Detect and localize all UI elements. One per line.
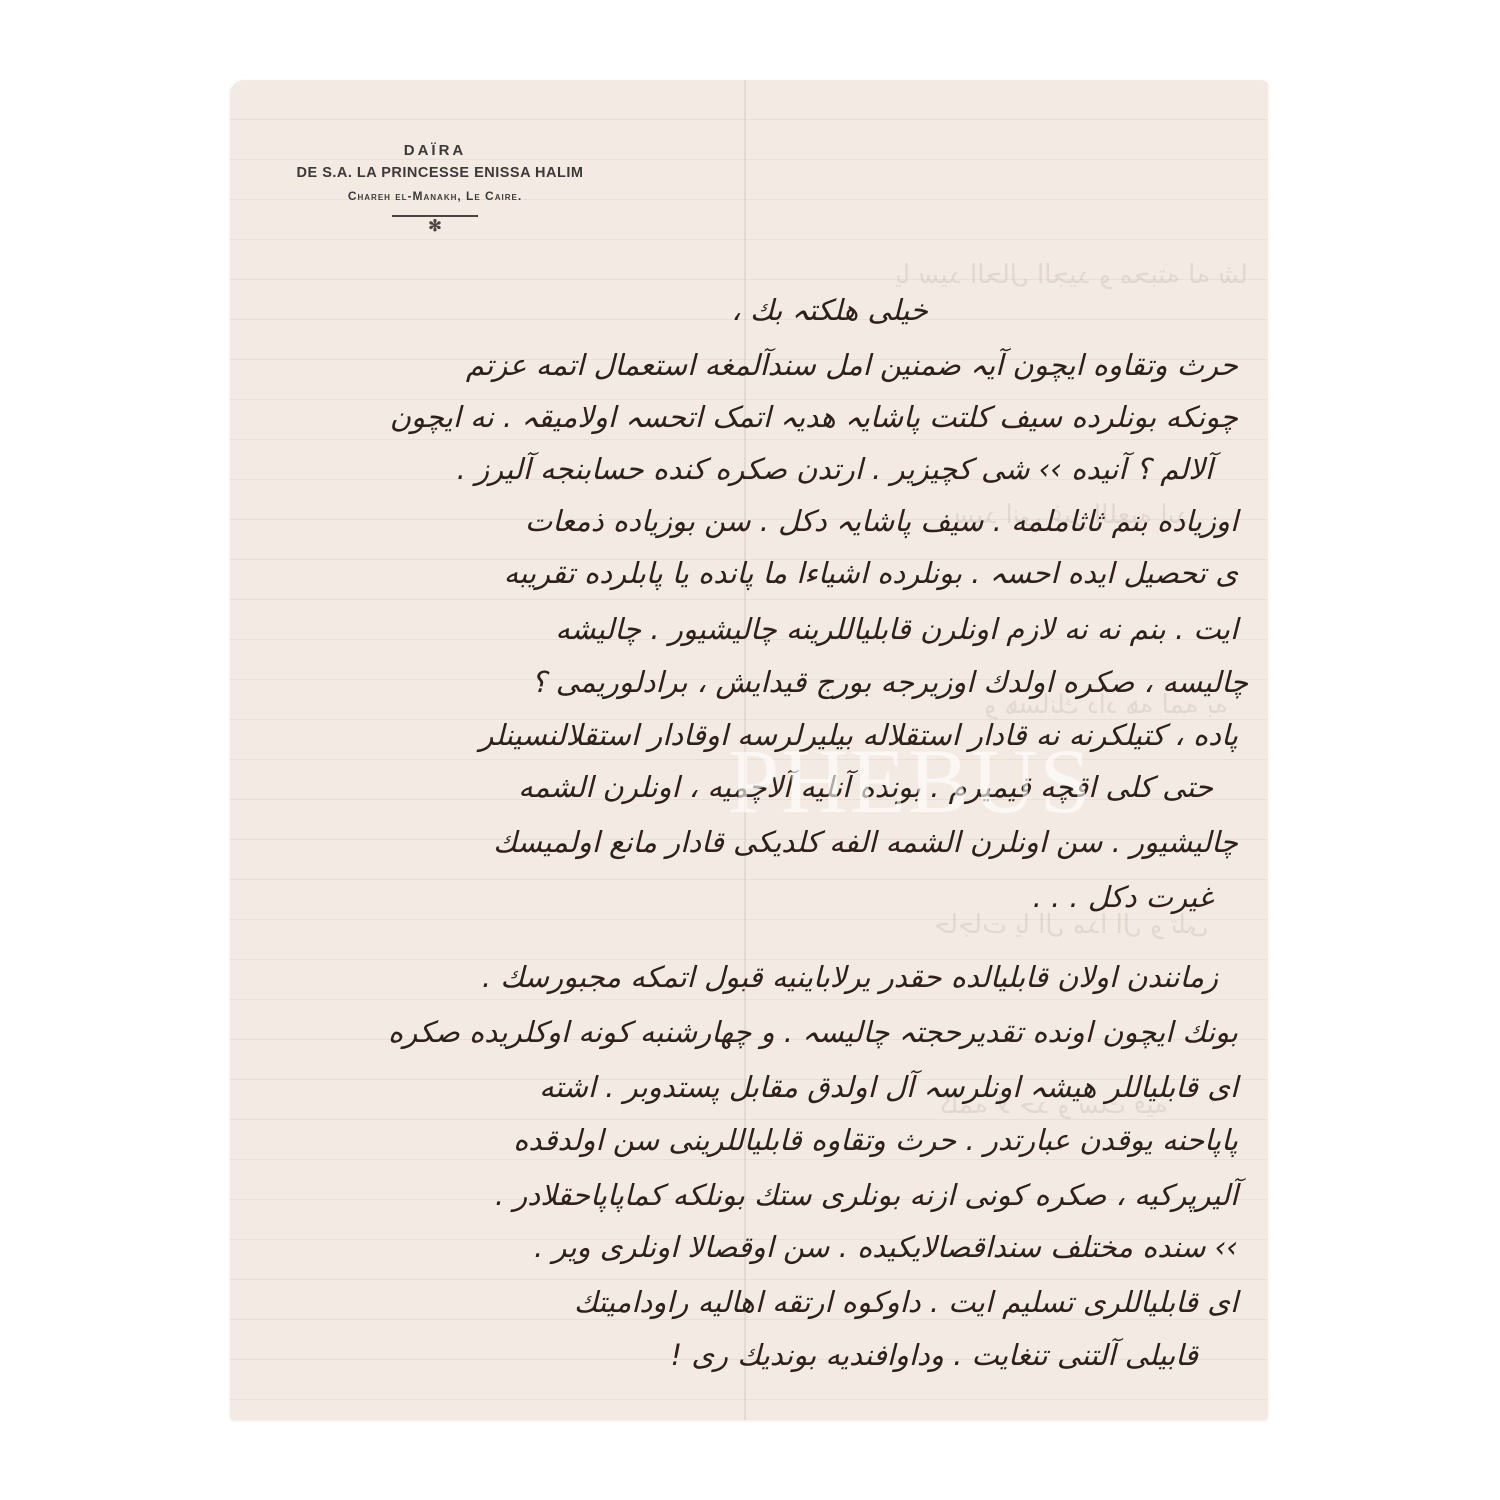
handwritten-line: پاپاحنه یوقدن عبارتدر . حرث وتقاوه قابلی… — [513, 1123, 1238, 1157]
handwritten-line: خیلی ھلکتہ بك ، — [731, 293, 928, 327]
handwritten-line: اوزیاده بنم ثاثاملمه . سیف پاشایہ دکل . … — [525, 504, 1238, 538]
handwritten-line: ایت . بنم نه نه لازم اونلرن قابلیاللرینه… — [555, 612, 1238, 646]
handwritten-line: حرث وتقاوه ایچون آیہ ضمنین امل سندآلمغه … — [466, 348, 1238, 382]
handwritten-line: چالیسه ، صکره اولدك اوزیرجه بورج قیدایش … — [531, 665, 1248, 699]
handwritten-line: بونك ایچون اونده تقدیرحجتہ چالیسہ . و چه… — [388, 1015, 1238, 1049]
handwritten-line: پاده ، کتیلکرنه نه قادار استقلاله بیلیرل… — [479, 718, 1238, 752]
handwritten-line: ی تحصیل ایده احسہ . بونلرده اشیاءا ما پا… — [504, 556, 1238, 590]
handwritten-line: آلالم ؟ آنیده ›› شی کچیزیر . ارتدن صکره … — [457, 452, 1213, 486]
handwritten-line: چالیشیور . سن اونلرن الشمه الفه کلدیکی ق… — [493, 825, 1238, 859]
handwritten-line: آلیرپرکیه ، صکره کونی ازنه بونلری ستك بو… — [495, 1178, 1238, 1212]
letter-body: خیلی ھلکتہ بك ،حرث وتقاوه ایچون آیہ ضمنی… — [230, 80, 1268, 1420]
handwritten-line: غیرت دکل . . . — [1033, 880, 1213, 914]
letter-paper: يا سيد الحال الجيد و محبته له شا سيد اني… — [230, 80, 1268, 1420]
handwritten-line: ›› سنده مختلف سنداقصالایکیده . سن اوقصال… — [534, 1230, 1238, 1264]
handwritten-line: قابیلی آلتنی تنغایت . وداوافندیه بوندیك … — [671, 1338, 1198, 1372]
handwritten-line: زمانندن اولان قابلیالده حقدر یرلاباینیه … — [482, 960, 1218, 994]
handwritten-line: حتی کلی اقچه قیمیرم . بونده آنلیه آلاچمی… — [518, 770, 1213, 804]
handwritten-line: ای قابلیاللر هیشہ اونلرسہ آل اولدق مقابل… — [539, 1070, 1238, 1104]
handwritten-line: ای قابلیاللری تسلیم ایت . داوکوه ارتقه ا… — [574, 1285, 1238, 1319]
handwritten-line: چونکه بونلرده سیف کلتت پاشایہ ھدیہ اتمک … — [390, 400, 1238, 434]
